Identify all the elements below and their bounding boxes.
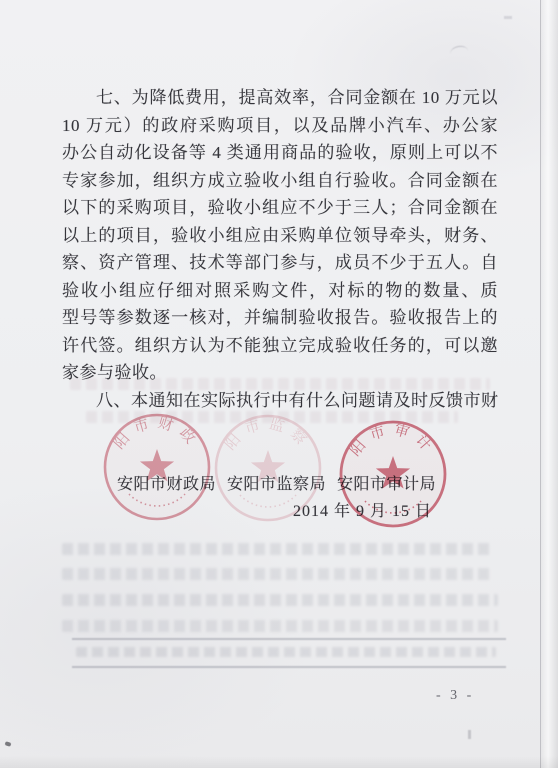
body-line: 七、为降低费用，提高效率，合同金额在 10 万元以下（含 — [62, 84, 498, 112]
body-line: 以下的采购项目，验收小组应不少于三人；合同金额在 50 万元 — [62, 194, 498, 222]
body-line: 型号等参数逐一核对，并编制验收报告。验收报告上的签字不允 — [62, 304, 498, 332]
scan-speck — [468, 730, 471, 739]
bleed-through-rule — [72, 638, 506, 640]
page-number: - 3 - — [436, 688, 474, 704]
paper-edge-shadow — [540, 0, 558, 768]
body-line: 验收小组应仔细对照采购文件，对标的物的数量、质量、规格、 — [62, 277, 498, 305]
scan-smudge — [449, 45, 468, 57]
body-line: 专家参加，组织方成立验收小组自行验收。合同金额在 50 万元 — [62, 167, 498, 195]
body-line: 家参与验收。 — [62, 359, 498, 387]
body-line: 10 万元）的政府采购项目，以及品牌小汽车、办公家具、空调、 — [62, 112, 498, 140]
scanned-notice-page: 七、为降低费用，提高效率，合同金额在 10 万元以下（含 10 万元）的政府采购… — [0, 0, 558, 768]
body-line: 以上的项目，验收小组应由采购单位领导牵头，财务、审计、监 — [62, 222, 498, 250]
body-line: 察、资产管理、技术等部门参与，成员不少于五人。自行验收时， — [62, 249, 498, 277]
finance-bureau-seal: 安阳市财政局 — [97, 407, 217, 527]
scan-speck — [504, 16, 512, 19]
bleed-through-line — [62, 568, 494, 580]
bleed-through-rule — [72, 666, 506, 668]
paper-edge-shadow — [0, 756, 558, 768]
supervision-bureau-seal: 安阳市监察局 — [208, 408, 328, 528]
bleed-through-line — [62, 543, 492, 555]
scan-speck — [5, 741, 12, 747]
audit-bureau-seal: 安阳市审计局 — [333, 414, 453, 534]
bleed-through-line — [62, 594, 498, 606]
body-line: 办公自动化设备等 4 类通用商品的验收，原则上可以不邀请评审 — [62, 139, 498, 167]
body-line: 许代签。组织方认为不能独立完成验收任务的，可以邀请评审专 — [62, 332, 498, 360]
bleed-through-footnote — [76, 647, 496, 657]
notice-body-text: 七、为降低费用，提高效率，合同金额在 10 万元以下（含 10 万元）的政府采购… — [62, 84, 498, 414]
bleed-through-line — [62, 620, 498, 632]
